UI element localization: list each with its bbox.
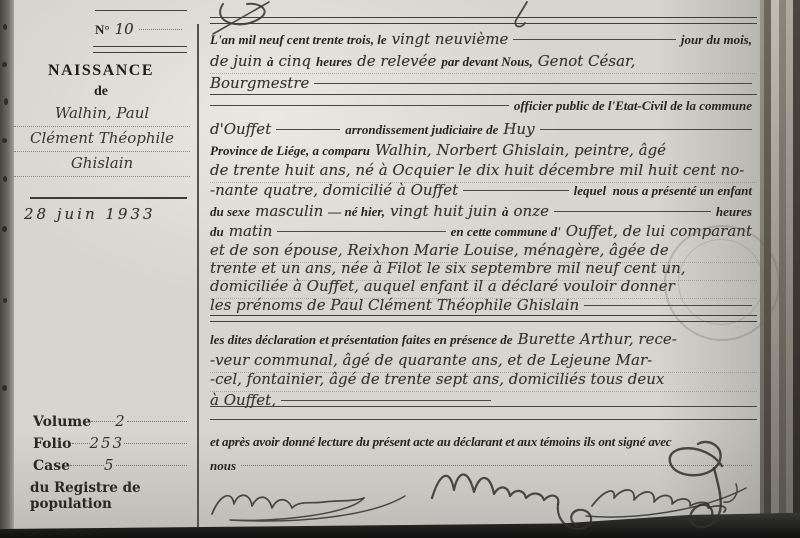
handwritten-text: Genot César, <box>538 52 636 70</box>
binding-ink-fragment <box>3 24 7 30</box>
dotted-leader <box>116 465 187 466</box>
signature-burette <box>586 484 746 517</box>
signature-lejeune <box>432 475 591 529</box>
case-label: Case <box>33 458 70 474</box>
handwritten-text: -veur communal, âgé de quarante ans, et … <box>210 351 652 369</box>
fill-rule <box>513 39 675 40</box>
printed-text: par devant Nous, <box>441 54 532 70</box>
printed-text: officier public de l'Etat-Civil de la co… <box>514 98 752 114</box>
printed-text: L'an mil neuf cent trente trois, le <box>210 32 387 48</box>
act-line-10: du matin en cette commune d' Ouffet, de … <box>210 222 757 243</box>
handwritten-text: de relevée <box>357 52 436 70</box>
handwritten-text: cinq <box>279 52 311 70</box>
body-rule <box>210 419 757 420</box>
handwritten-text: d'Ouffet <box>210 120 271 138</box>
binding-ink-fragment <box>2 138 7 143</box>
printed-text: à <box>502 204 509 220</box>
margin-rule <box>30 197 187 199</box>
printed-text: à <box>267 54 274 70</box>
act-line-2: de juin à cinq heures de relevée par dev… <box>210 52 757 74</box>
register-volume-row: Volume 2 <box>33 412 187 434</box>
signature-canvas <box>200 428 770 536</box>
binding-ink-fragment <box>3 298 7 303</box>
child-name-line: Ghislain <box>14 154 190 177</box>
printed-text: du <box>210 224 224 240</box>
handwritten-text: de trente huit ans, né à Ocquier le dix … <box>210 161 744 179</box>
fill-rule <box>210 105 509 106</box>
handwritten-text: vingt huit juin <box>390 202 497 220</box>
act-line-18: à Ouffet, <box>210 391 757 412</box>
act-line-9: du sexe masculin — né hier, vingt huit j… <box>210 202 757 223</box>
handwritten-text: les prénoms de Paul Clément Théophile Gh… <box>210 296 579 314</box>
folio-value: 253 <box>90 434 125 452</box>
margin-top-rule <box>95 10 187 11</box>
handwritten-text: Burette Arthur, rece- <box>518 330 677 348</box>
folio-label: Folio <box>33 436 72 452</box>
body-rule <box>210 406 757 407</box>
printed-text: heures <box>716 204 752 220</box>
fill-rule <box>540 129 752 130</box>
fill-rule <box>463 190 568 191</box>
act-line-7: de trente huit ans, né à Ocquier le dix … <box>210 161 757 183</box>
body-top-double-rule <box>210 17 757 24</box>
naissance-title: NAISSANCE <box>15 62 187 80</box>
child-name-line: Clément Théophile <box>14 129 190 152</box>
register-note: du Registre de population <box>30 480 192 512</box>
dotted-rule <box>139 29 182 30</box>
fill-rule <box>281 400 491 401</box>
printed-text: en cette commune d' <box>451 224 561 240</box>
handwritten-text: et de son épouse, Reixhon Marie Louise, … <box>210 241 669 259</box>
margin-date: 28 juin 1933 <box>24 205 156 223</box>
handwritten-text: vingt neuvième <box>392 30 509 48</box>
fill-rule <box>276 129 340 130</box>
volume-value: 2 <box>115 412 127 430</box>
handwritten-text: -cel, fontainier, âgé de trente sept ans… <box>210 370 664 388</box>
act-line-6: Province de Liége, a comparu Walhin, Nor… <box>210 141 757 162</box>
printed-text: les dites déclaration et présentation fa… <box>210 332 513 348</box>
handwritten-text: Walhin, Norbert Ghislain, peintre, âgé <box>375 141 666 159</box>
official-stamp-inner-ring <box>678 239 764 325</box>
handwritten-text: onze <box>514 202 549 220</box>
dotted-leader <box>70 465 104 466</box>
act-line-5: d'Ouffet arrondissement judiciaire de Hu… <box>210 120 757 141</box>
fill-rule <box>277 231 445 232</box>
child-name-line: Walhin, Paul <box>14 104 190 127</box>
act-line-1: L'an mil neuf cent trente trois, le ving… <box>210 30 757 51</box>
printed-text: heures <box>316 54 352 70</box>
binding-ink-fragment <box>4 98 8 105</box>
handwritten-text: Huy <box>503 120 534 138</box>
act-line-15: les dites déclaration et présentation fa… <box>210 330 757 351</box>
printed-text: — né hier, <box>328 204 385 220</box>
signature-walhin <box>212 495 405 521</box>
dotted-leader <box>72 443 90 444</box>
printed-text: lequel nous a présenté un enfant <box>574 183 752 199</box>
handwritten-text: domiciliée à Ouffet, auquel enfant il a … <box>210 277 675 295</box>
register-case-row: Case 5 <box>33 456 187 478</box>
handwritten-text: trente et un ans, née à Filot le six sep… <box>210 259 686 277</box>
binding-ink-fragment <box>2 226 7 232</box>
binding-strip <box>0 0 14 538</box>
dotted-leader <box>127 421 187 422</box>
fill-rule <box>554 211 711 212</box>
register-folio-row: Folio 253 <box>33 434 187 456</box>
handwritten-text: -nante quatre, domicilié à Ouffet <box>210 181 458 199</box>
act-number-row: N° 10 <box>95 20 187 41</box>
printed-text: jour du mois, <box>681 32 752 48</box>
column-divider <box>197 24 199 527</box>
fill-rule <box>314 83 752 84</box>
register-page-scan: N° 10 NAISSANCE de Walhin, Paul Clément … <box>0 0 800 538</box>
naissance-subtitle: de <box>15 84 187 100</box>
dotted-leader <box>91 421 115 422</box>
margin-double-rule <box>93 46 187 53</box>
printed-text: du sexe <box>210 204 250 220</box>
signature-genot-paraphe <box>670 442 722 527</box>
act-number-value: 10 <box>115 20 134 38</box>
handwritten-text: de juin <box>210 52 262 70</box>
act-line-8: -nante quatre, domicilié à Ouffet lequel… <box>210 181 757 202</box>
volume-label: Volume <box>33 414 91 430</box>
case-value: 5 <box>104 456 116 474</box>
act-line-17: -cel, fontainier, âgé de trente sept ans… <box>210 370 757 392</box>
handwritten-text: Bourgmestre <box>210 74 309 92</box>
printed-text: arrondissement judiciaire de <box>345 122 498 138</box>
binding-ink-fragment <box>2 62 7 67</box>
act-line-3: Bourgmestre <box>210 74 757 95</box>
handwritten-text: matin <box>229 222 273 240</box>
act-number-label: N° <box>95 22 110 38</box>
binding-ink-fragment <box>3 176 7 182</box>
act-line-4: officier public de l'Etat-Civil de la co… <box>210 98 757 119</box>
body-rule <box>210 94 757 95</box>
dotted-leader <box>124 443 187 444</box>
binding-ink-fragment <box>2 385 7 391</box>
handwritten-text: masculin <box>255 202 323 220</box>
printed-text: Province de Liége, a comparu <box>210 143 370 159</box>
